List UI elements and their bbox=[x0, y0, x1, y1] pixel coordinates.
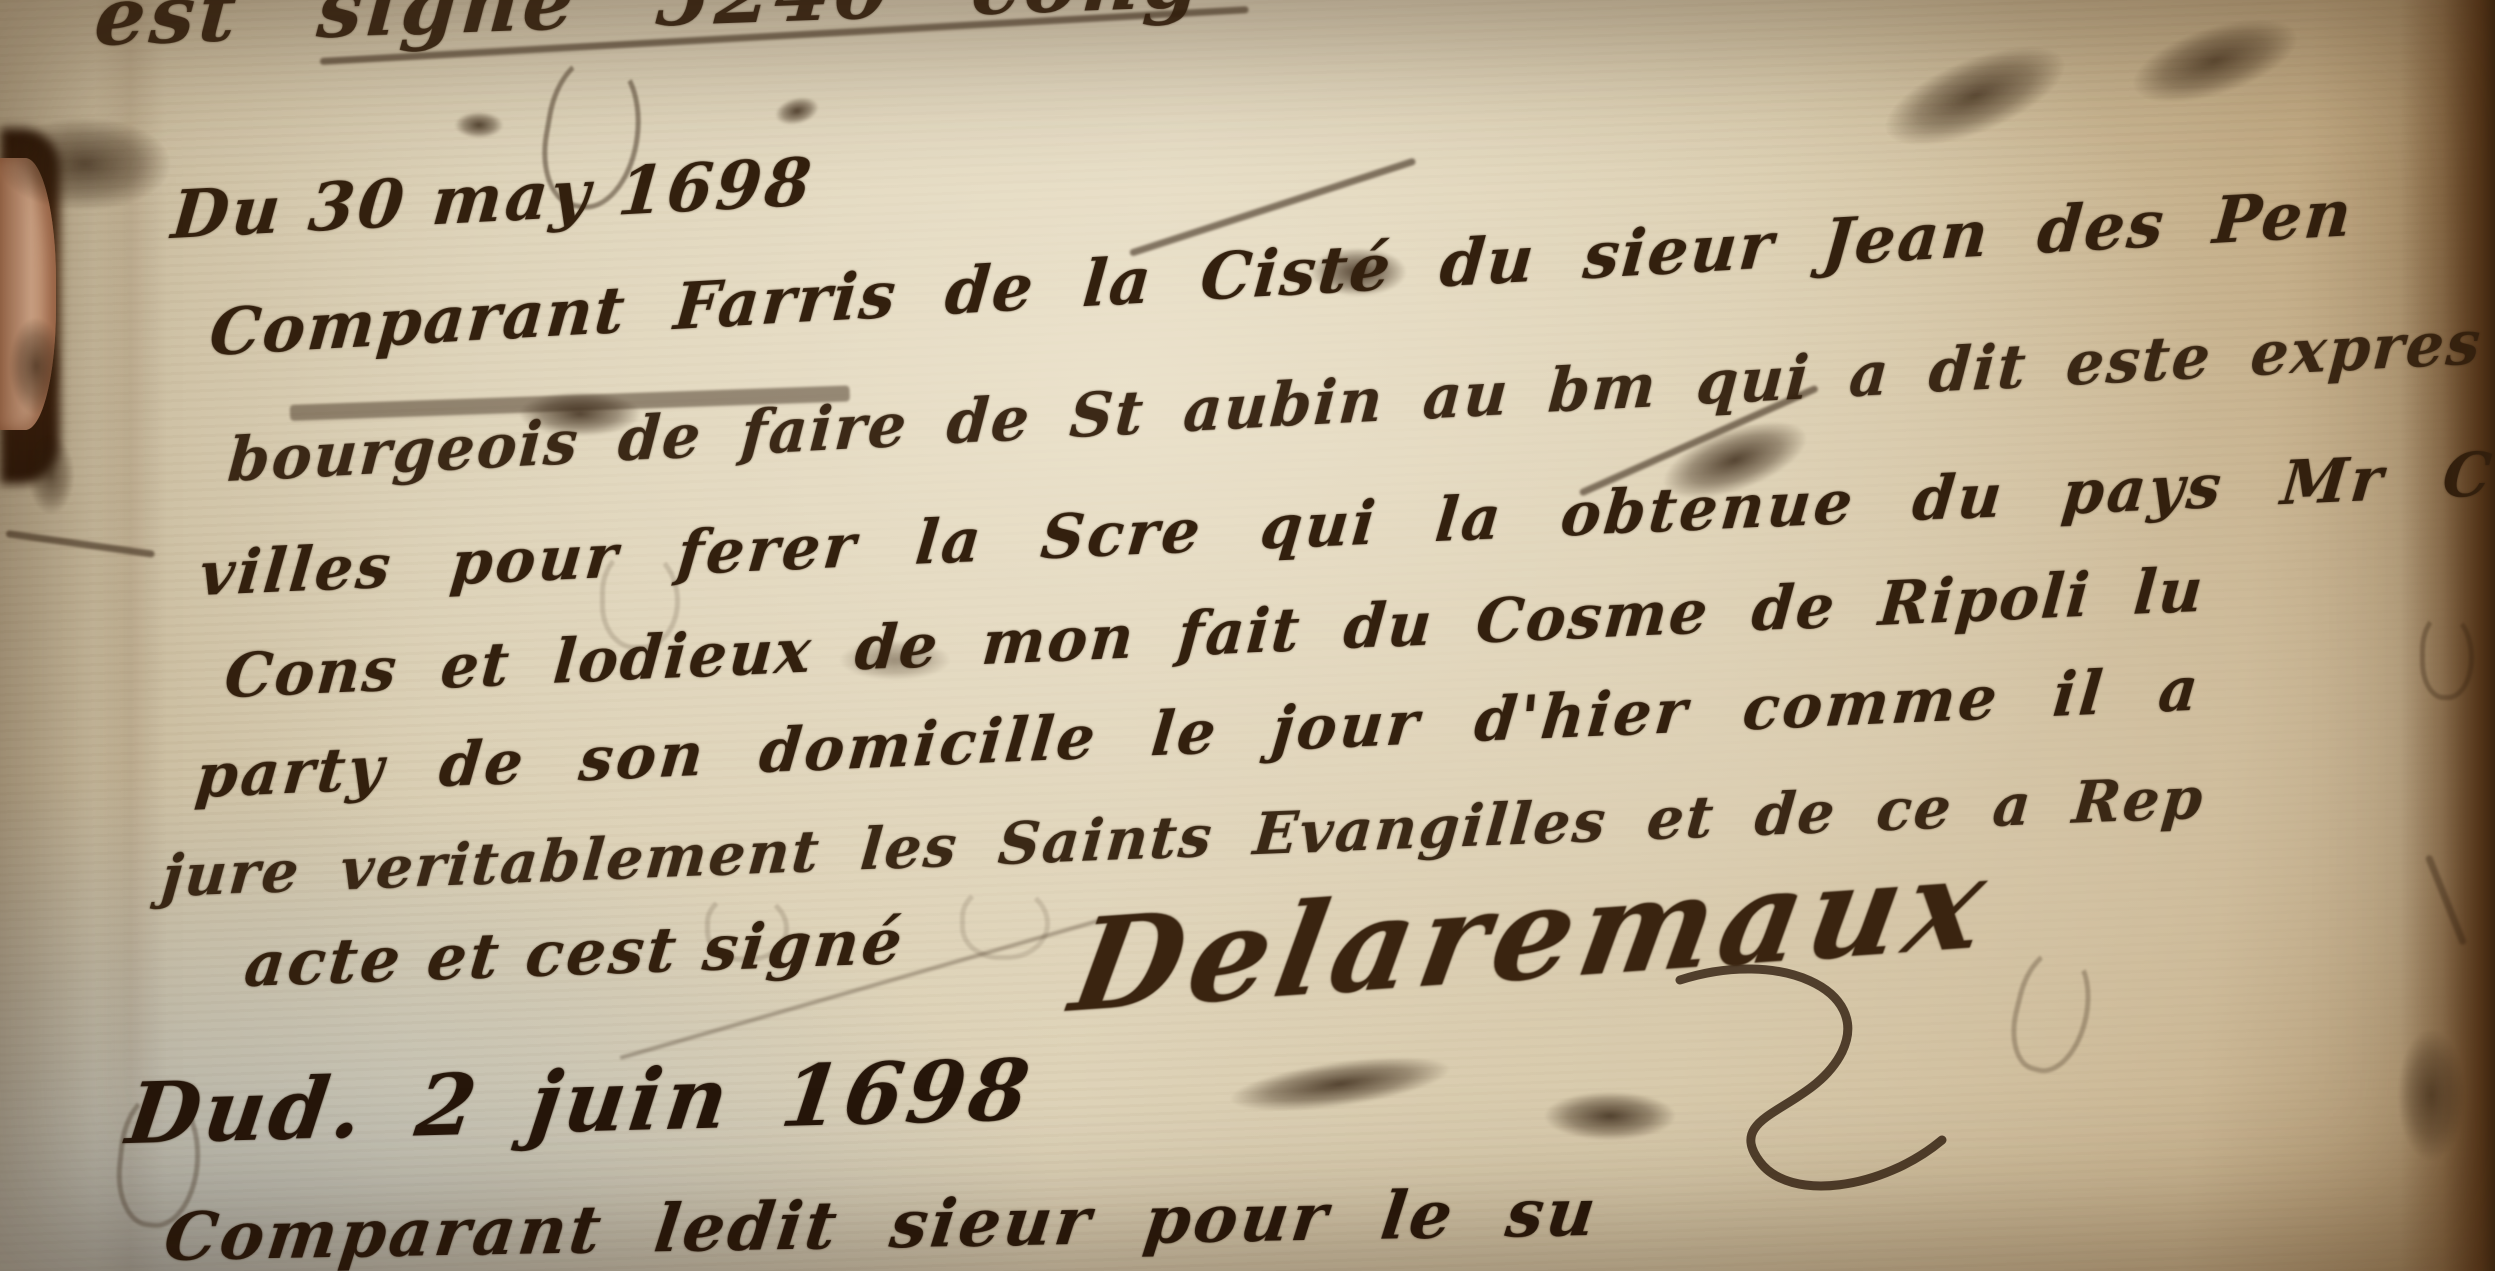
manuscript-page-photo: est signé 5240 cong Du 30 may 1698 Compa… bbox=[0, 0, 2495, 1271]
handwritten-line-header-partial: est signé 5240 cong bbox=[92, 0, 1208, 64]
date-heading-2-juin-1698: Dud. 2 juin 1698 bbox=[121, 1040, 1038, 1163]
handwritten-line-closing: acte et cest signé bbox=[241, 905, 908, 1001]
signature-flourish bbox=[1640, 960, 2000, 1220]
handwritten-line-footer-partial: Comparant ledit sieur pour le su bbox=[160, 1173, 1602, 1271]
date-heading-30-may-1698: Du 30 may 1698 bbox=[169, 142, 818, 254]
